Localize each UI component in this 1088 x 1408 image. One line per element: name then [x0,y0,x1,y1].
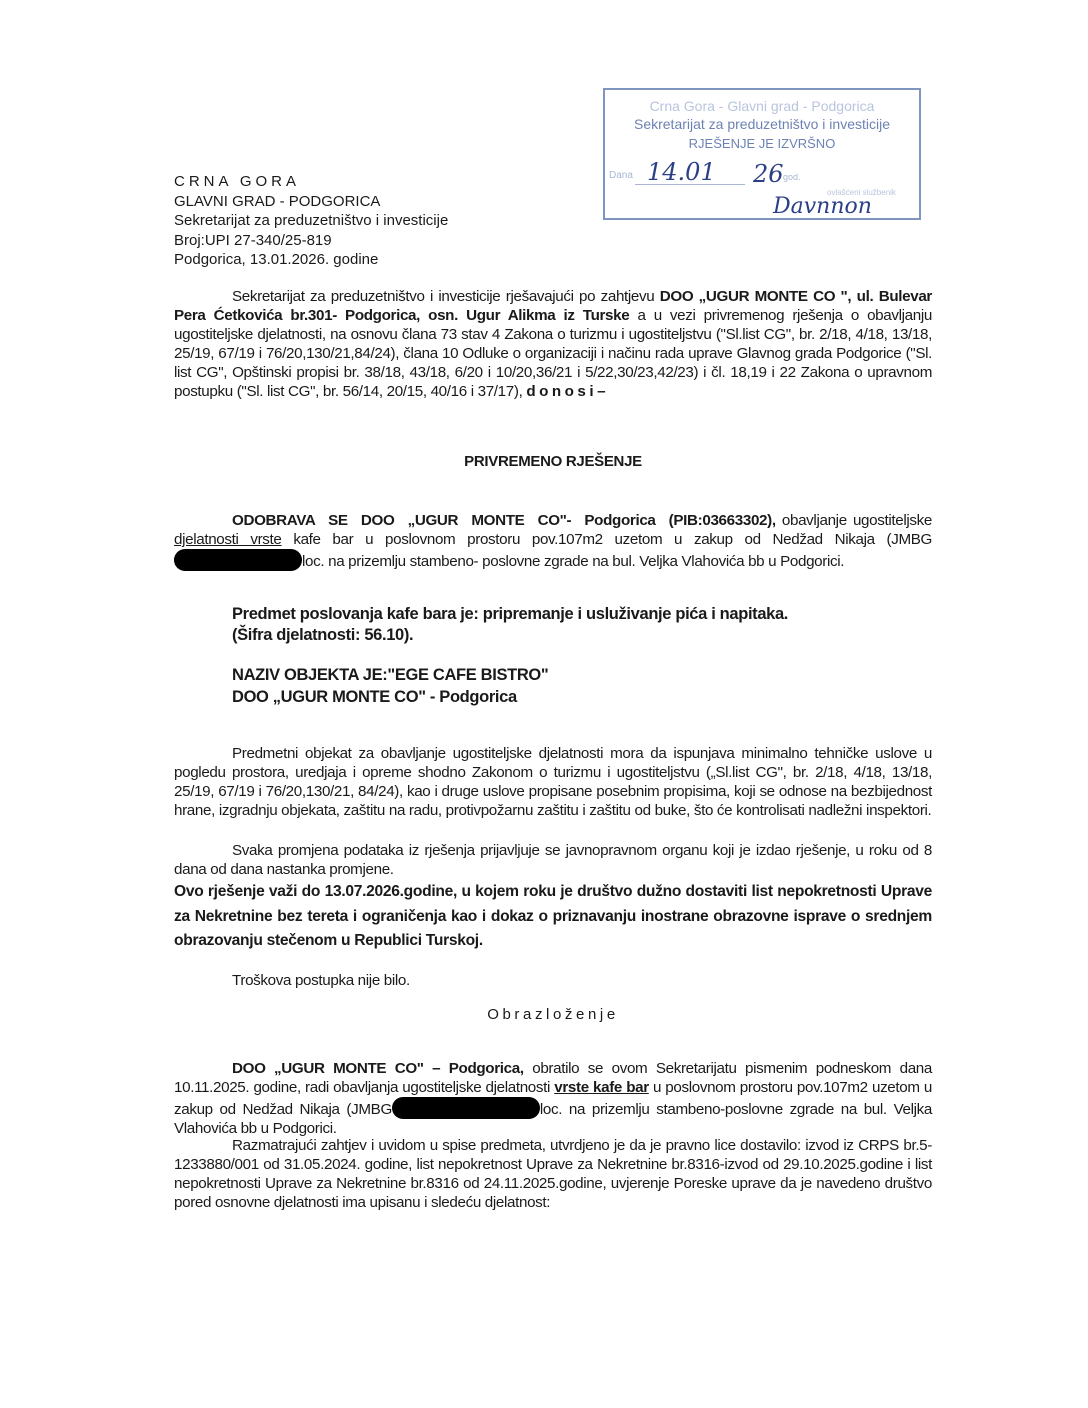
object-name-line-2: DOO „UGUR MONTE CO" - Podgorica [232,686,548,708]
reasoning-activity-type: vrste kafe bar [554,1079,649,1096]
stamp-date: 14.01 [647,158,716,186]
subject-line-2: (Šifra djelatnosti: 56.10). [232,625,788,646]
header-department: Sekretarijat za preduzetništvo i investi… [174,211,448,231]
decision-text-d: kafe bar u poslovnom prostoru pov.107m2 … [282,531,932,548]
reasoning-title: Obrazloženje [174,1006,932,1023]
object-name: NAZIV OBJEKTA JE:"EGE CAFE BISTRO" DOO „… [232,664,548,708]
stamp-signature: Davnnon [773,194,872,219]
validity-paragraph: Ovo rješenje važi do 13.07.2026.godine, … [174,880,932,954]
reasoning-paragraph-2: Razmatrajući zahtjev i uvidom u spise pr… [174,1136,932,1212]
decision-activity-type: djelatnosti vrste [174,531,282,548]
decision-approval: ODOBRAVA SE DOO „UGUR MONTE CO"- Podgori… [232,512,776,529]
stamp-dana-label: Dana [609,170,633,181]
object-name-line-1: NAZIV OBJEKTA JE:"EGE CAFE BISTRO" [232,664,548,686]
intro-donosi: donosi– [526,383,609,400]
decision-paragraph: ODOBRAVA SE DOO „UGUR MONTE CO"- Podgori… [174,511,932,571]
stamp-god-label: god. [783,172,801,182]
header-place-date: Podgorica, 13.01.2026. godine [174,250,448,270]
redacted-jmbg [174,549,302,571]
header-city: GLAVNI GRAD - PODGORICA [174,192,448,212]
decision-text-b: obavljanje ugostiteljske [776,512,932,529]
reasoning-paragraph-1: DOO „UGUR MONTE CO" – Podgorica, obratil… [174,1059,932,1138]
executive-stamp: Crna Gora - Glavni grad - Podgorica Sekr… [603,88,921,220]
business-subject: Predmet poslovanja kafe bara je: priprem… [232,604,788,646]
redacted-jmbg-2 [392,1097,540,1119]
subject-line-1: Predmet poslovanja kafe bara je: priprem… [232,604,788,625]
subject-text: Predmet poslovanja kafe bara je: priprem… [232,605,788,623]
stamp-line-3: RJEŠENJE JE IZVRŠNO [605,136,919,151]
intro-text-a: Sekretarijat za preduzetništvo i investi… [232,288,660,305]
decision-text-e: loc. na prizemlju stambeno- poslovne zgr… [302,553,844,570]
header-number: Broj:UPI 27-340/25-819 [174,231,448,251]
header-country: CRNA GORA [174,172,448,192]
stamp-line-1: Crna Gora - Glavni grad - Podgorica [605,98,919,114]
stamp-year: 26 [753,160,784,188]
conditions-paragraph: Predmetni objekat za obavljanje ugostite… [174,744,932,820]
intro-paragraph: Sekretarijat za preduzetništvo i investi… [174,287,932,401]
decision-title: PRIVREMENO RJEŠENJE [174,453,932,470]
reasoning-applicant: DOO „UGUR MONTE CO" – Podgorica, [232,1060,524,1077]
changes-paragraph: Svaka promjena podataka iz rješenja prij… [174,841,932,879]
document-header: CRNA GORA GLAVNI GRAD - PODGORICA Sekret… [174,172,448,270]
costs-statement: Troškova postupka nije bilo. [232,971,410,990]
stamp-line-2: Sekretarijat za preduzetništvo i investi… [605,116,919,132]
applicant-name: DOO „UGUR MONTE CO ", [660,288,852,305]
